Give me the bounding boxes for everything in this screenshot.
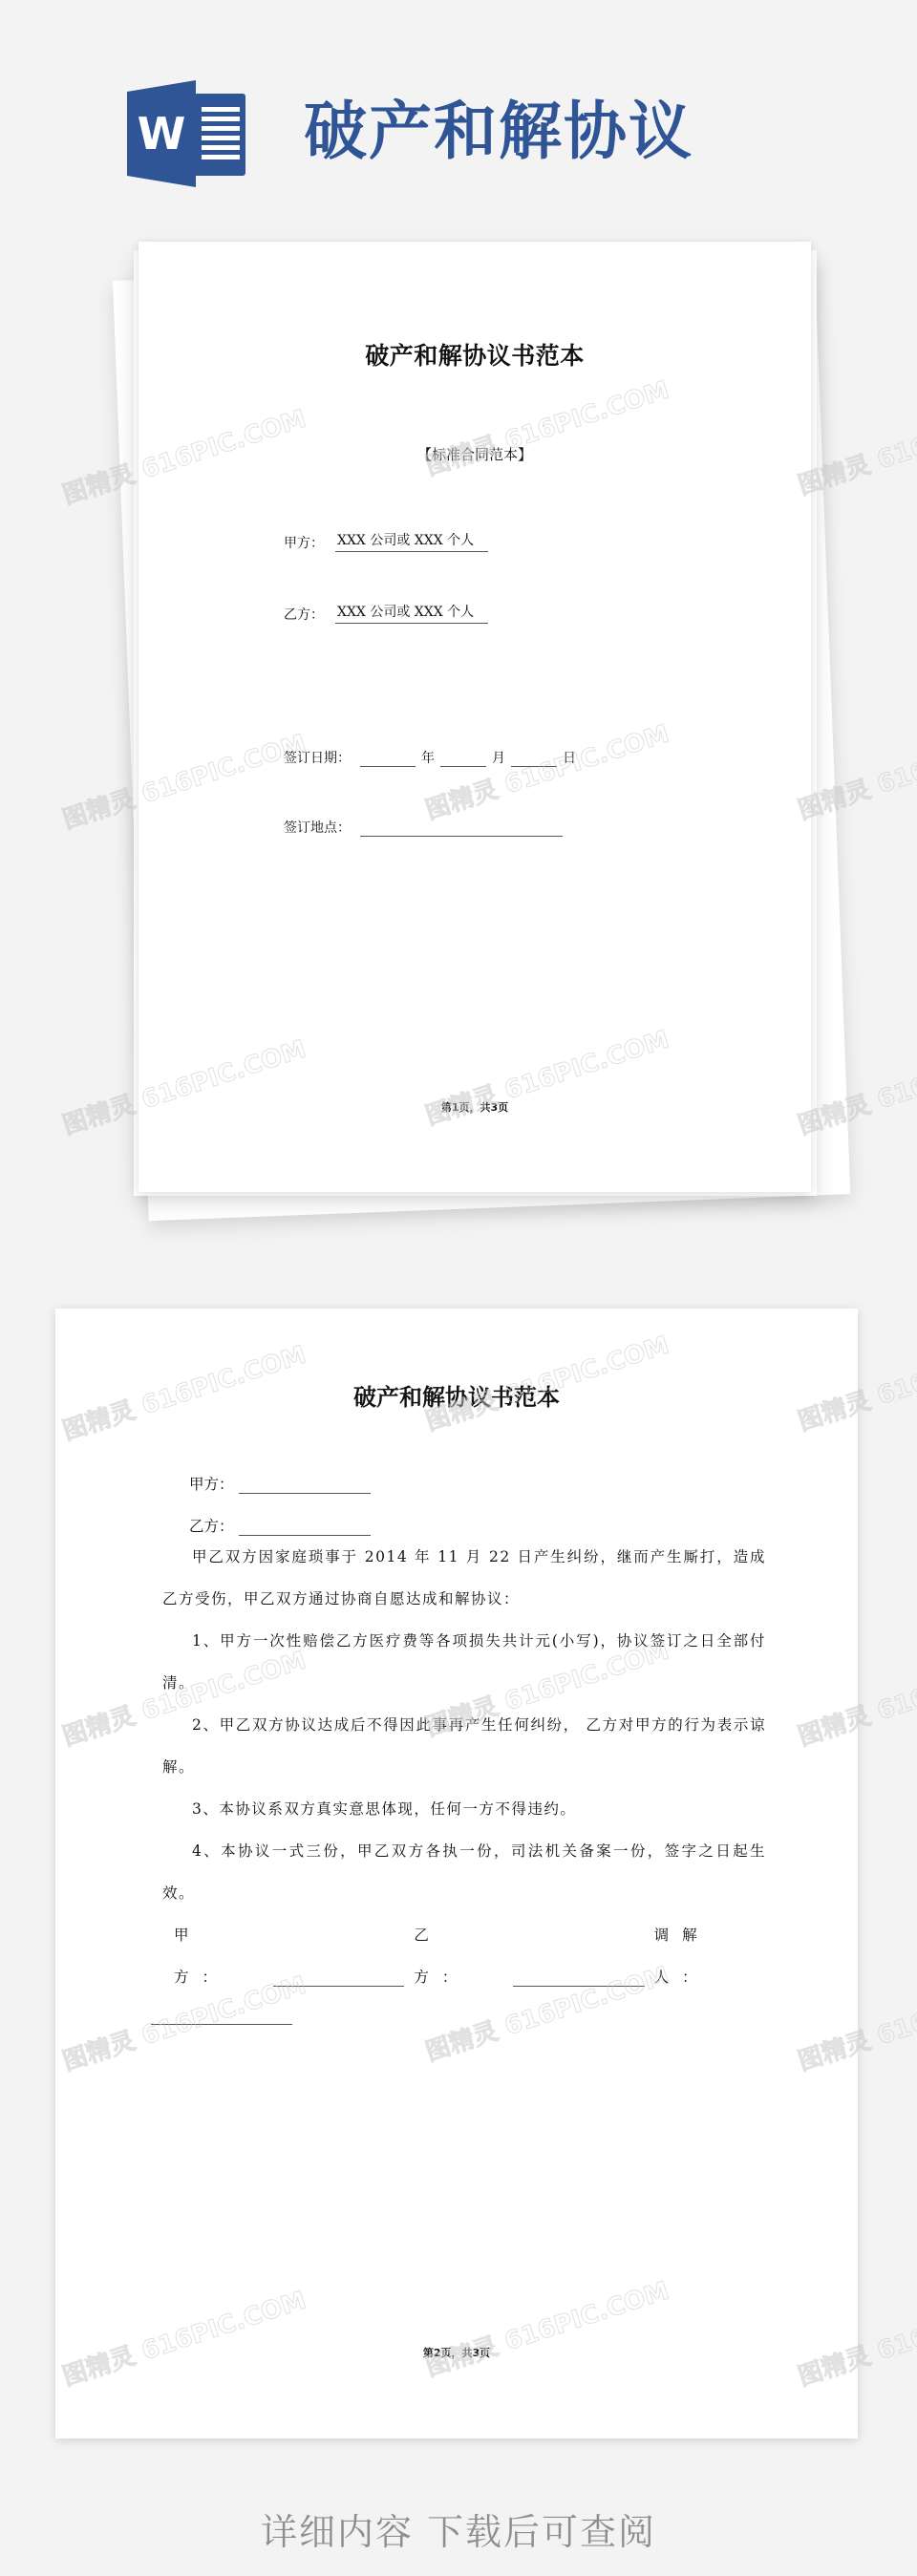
page2-number: 第2页，共3页 <box>55 2345 858 2360</box>
sign-party-a-blank <box>273 1973 404 1987</box>
sign-place-blank <box>360 821 563 837</box>
clause-1: 1、甲方一次性赔偿乙方医疗费等各项损失共计元(小写)，协议签订之日全部付清。 <box>162 1620 766 1704</box>
intro-paragraph: 甲乙双方因家庭琐事于 2014 年 11 月 22 日产生纠纷，继而产生厮打，造… <box>162 1536 766 1620</box>
party-b-value: XXX 公司或 XXX 个人 <box>335 602 488 624</box>
sign-party-b-label: 乙方： <box>414 1914 498 1998</box>
party-a-label: 甲方： <box>189 1473 239 1494</box>
year-blank <box>360 752 416 767</box>
clause-4: 4、本协议一式三份，甲乙双方各执一份，司法机关备案一份，签字之日起生效。 <box>162 1830 766 1914</box>
day-blank <box>511 752 557 767</box>
party-a-blank <box>239 1479 371 1494</box>
party-b-row: 乙方： XXX 公司或 XXX 个人 <box>284 602 488 624</box>
party-a-row: 甲方： XXX 公司或 XXX 个人 <box>284 530 488 552</box>
document-page-1: 破产和解协议书范本 【标准合同范本】 甲方： XXX 公司或 XXX 个人 乙方… <box>139 242 811 1192</box>
clause-2: 2、甲乙双方协议达成后不得因此事再产生任何纠纷， 乙方对甲方的行为表示谅解。 <box>162 1704 766 1788</box>
page1-subtitle: 【标准合同范本】 <box>139 444 811 464</box>
party-a-row: 甲方： <box>162 1452 766 1494</box>
sign-date-row: 签订日期： 年 月 日 <box>284 748 582 767</box>
page1-title: 破产和解协议书范本 <box>139 337 811 372</box>
sign-mediator-blank <box>151 1998 292 2025</box>
document-page-2: 破产和解协议书范本 甲方： 乙方： 甲乙双方因家庭琐事于 2014 年 11 月… <box>55 1309 858 2438</box>
svg-text:W: W <box>138 108 186 160</box>
party-a-value: XXX 公司或 XXX 个人 <box>335 530 488 552</box>
party-b-blank <box>239 1521 371 1536</box>
page2-body: 甲方： 乙方： 甲乙双方因家庭琐事于 2014 年 11 月 22 日产生纠纷，… <box>162 1452 766 2025</box>
party-b-label: 乙方： <box>284 605 335 624</box>
month-label: 月 <box>486 748 511 767</box>
sign-party-b-blank <box>513 1973 644 1987</box>
sign-place-row: 签订地点： <box>284 818 563 837</box>
party-b-label: 乙方： <box>189 1515 239 1536</box>
party-a-label: 甲方： <box>284 533 335 552</box>
document-title: 破产和解协议 <box>304 88 693 174</box>
year-label: 年 <box>416 748 440 767</box>
day-label: 日 <box>557 748 582 767</box>
sign-date-label: 签订日期： <box>284 748 360 767</box>
signature-row: 甲方： 乙方： 调解人： <box>162 1914 766 1998</box>
party-b-row: 乙方： <box>162 1494 766 1536</box>
header: W 破产和解协议 <box>0 0 917 229</box>
clause-3: 3、本协议系双方真实意思体现，任何一方不得违约。 <box>162 1788 766 1830</box>
sign-place-label: 签订地点： <box>284 818 360 837</box>
sign-party-a-label: 甲方： <box>174 1914 258 1998</box>
sign-mediator-label: 调解人： <box>654 1914 766 1998</box>
page2-title: 破产和解协议书范本 <box>55 1378 858 1412</box>
footer-download-hint: 详细内容 下载后可查阅 <box>0 2502 917 2555</box>
month-blank <box>440 752 486 767</box>
word-document-icon: W <box>127 80 245 187</box>
page1-number: 第1页，共3页 <box>139 1099 811 1115</box>
